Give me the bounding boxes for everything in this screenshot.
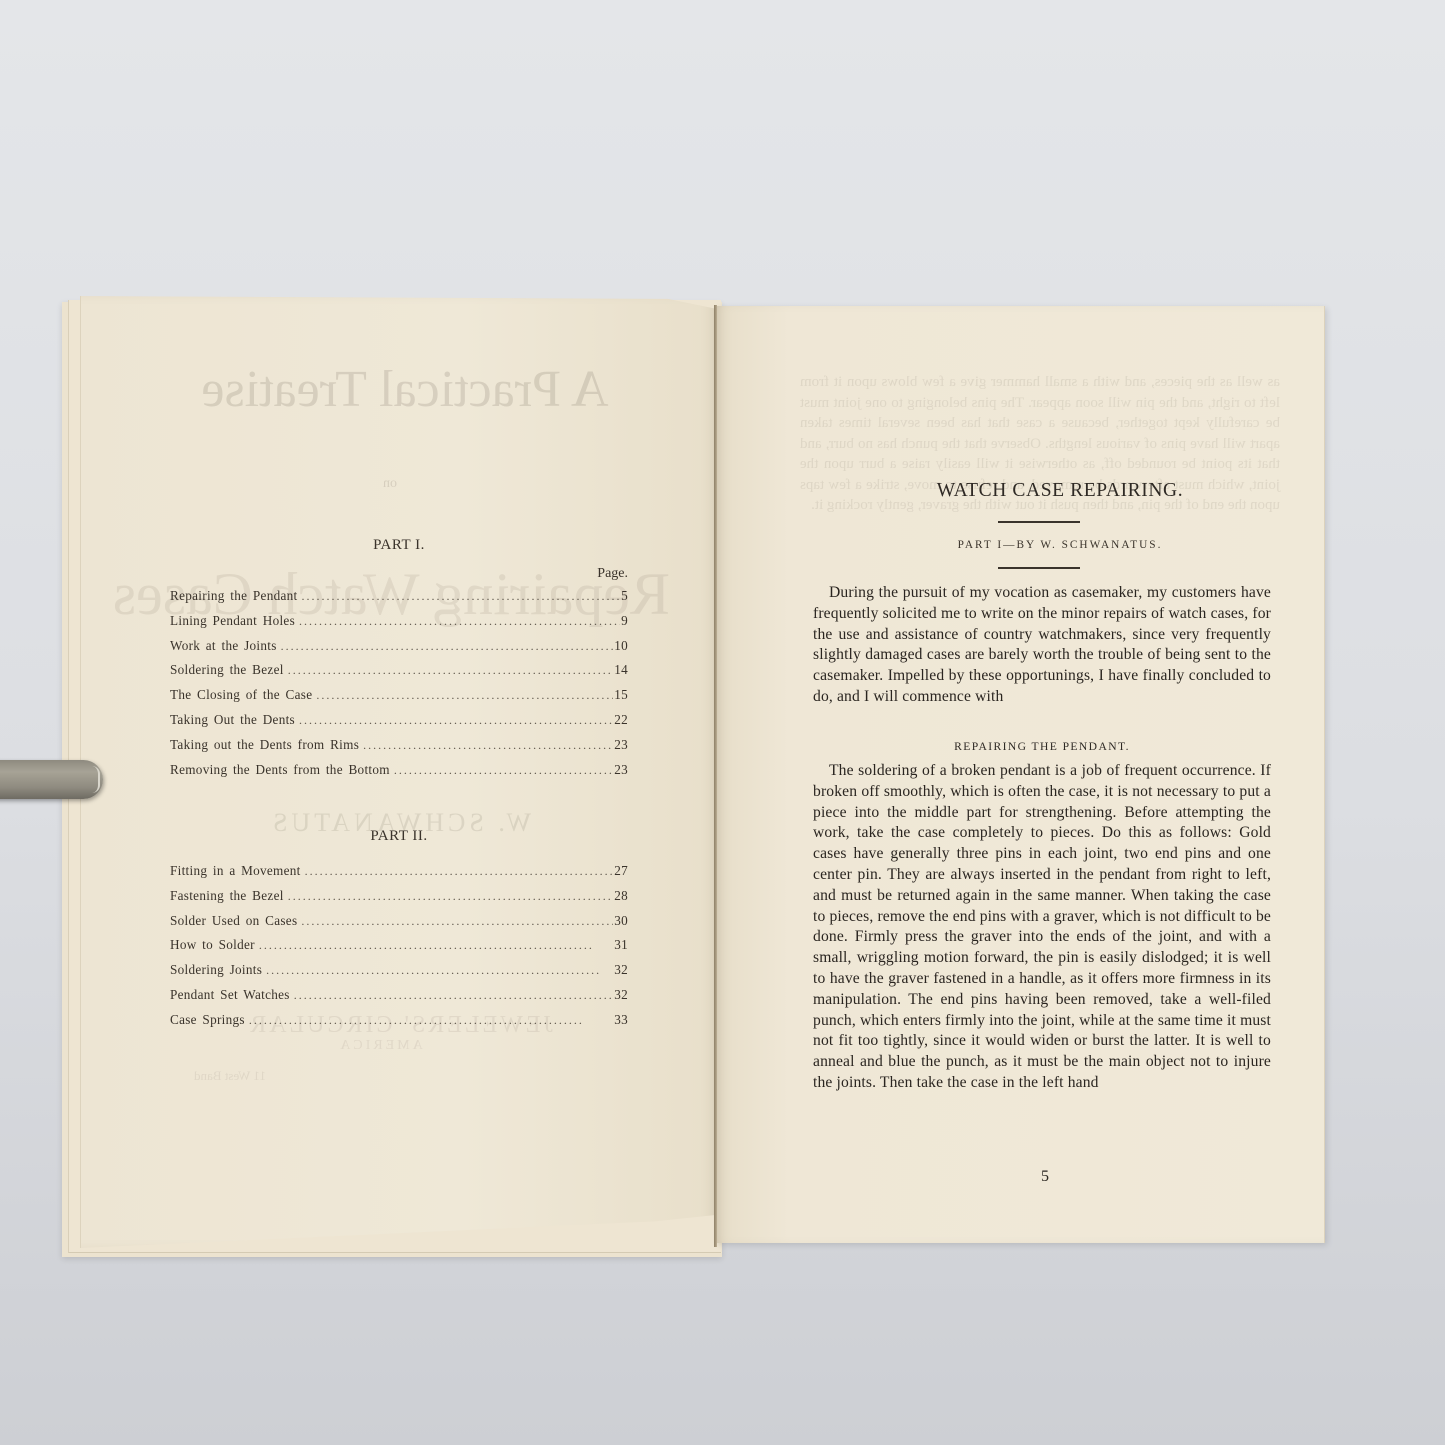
- show-through-on: on: [360, 476, 420, 492]
- toc-part-2: PART II. Fitting in a Movement 27 Fasten…: [170, 828, 628, 1037]
- toc-entry-soldering-the-bezel[interactable]: Soldering the Bezel 14: [170, 662, 628, 687]
- toc-entry-page: 31: [613, 937, 628, 953]
- dot-leader: [305, 864, 614, 879]
- dot-leader: [259, 938, 613, 953]
- dot-leader: [363, 738, 613, 753]
- toc-entry-page: 15: [613, 687, 628, 703]
- dot-leader: [299, 713, 613, 728]
- toc-part-1-heading: PART I.: [170, 537, 628, 554]
- toc-entry-dents-from-bottom[interactable]: Removing the Dents from the Bottom 23: [170, 762, 628, 787]
- toc-entry-page: 30: [613, 913, 628, 929]
- section-heading: REPAIRING THE PENDANT.: [813, 740, 1271, 753]
- toc-entry-title: Taking out the Dents from Rims: [170, 737, 363, 753]
- butter-knife-handle: [0, 760, 103, 799]
- toc-entry-title: Soldering Joints: [170, 962, 266, 978]
- book-gutter: [714, 305, 717, 1247]
- toc-entry-title: Fitting in a Movement: [170, 863, 305, 879]
- toc-entry-solder-used-on-cases[interactable]: Solder Used on Cases 30: [170, 913, 628, 938]
- toc-entry-page: 5: [620, 588, 628, 604]
- dot-leader: [249, 1013, 613, 1028]
- toc-part-2-heading: PART II.: [170, 828, 628, 845]
- dot-leader: [266, 963, 613, 978]
- dot-leader: [288, 663, 613, 678]
- section-paragraph: The soldering of a broken pendant is a j…: [813, 761, 1271, 1094]
- toc-entry-title: Case Springs: [170, 1012, 249, 1028]
- dot-leader: [281, 639, 614, 654]
- toc-entry-title: Removing the Dents from the Bottom: [170, 762, 394, 778]
- toc-entry-lining-pendant-holes[interactable]: Lining Pendant Holes 9: [170, 613, 628, 638]
- chapter-title: WATCH CASE REPAIRING.: [820, 480, 1300, 502]
- show-through-publisher-line: AMERICA: [220, 1038, 540, 1054]
- toc-entry-page: 27: [613, 863, 628, 879]
- toc-entry-dents-from-rims[interactable]: Taking out the Dents from Rims 23: [170, 737, 628, 762]
- toc-page-column-label: Page.: [170, 566, 628, 582]
- toc-entry-page: 23: [613, 762, 628, 778]
- toc-entry-page: 22: [613, 712, 628, 728]
- toc-entry-case-springs[interactable]: Case Springs 33: [170, 1012, 628, 1037]
- toc-entry-taking-out-the-dents[interactable]: Taking Out the Dents 22: [170, 712, 628, 737]
- toc-entry-page: 14: [613, 662, 628, 678]
- intro-paragraph: During the pursuit of my vocation as cas…: [813, 583, 1271, 708]
- title-rule-top: [998, 521, 1080, 523]
- toc-entry-title: Soldering the Bezel: [170, 662, 288, 678]
- toc-entry-title: Work at the Joints: [170, 638, 281, 654]
- book-photo-scene: A Practical Treatise on Repairing Watch …: [0, 0, 1445, 1445]
- toc-entry-pendant-set-watches[interactable]: Pendant Set Watches 32: [170, 987, 628, 1012]
- toc-entry-title: The Closing of the Case: [170, 687, 316, 703]
- toc-entry-title: Repairing the Pendant: [170, 588, 302, 604]
- toc-entry-page: 9: [620, 613, 628, 629]
- toc-entry-repairing-the-pendant[interactable]: Repairing the Pendant 5: [170, 588, 628, 613]
- toc-entry-title: Solder Used on Cases: [170, 913, 301, 929]
- toc-entry-how-to-solder[interactable]: How to Solder 31: [170, 937, 628, 962]
- toc-part-1: PART I. Page. Repairing the Pendant 5 Li…: [170, 537, 628, 786]
- toc-entry-page: 33: [613, 1012, 628, 1028]
- toc-entry-page: 32: [613, 987, 628, 1003]
- toc-entry-fitting-in-a-movement[interactable]: Fitting in a Movement 27: [170, 863, 628, 888]
- toc-entry-page: 32: [613, 962, 628, 978]
- chapter-byline: PART I—BY W. SCHWANATUS.: [820, 539, 1300, 551]
- toc-entry-work-at-the-joints[interactable]: Work at the Joints 10: [170, 638, 628, 663]
- dot-leader: [288, 889, 613, 904]
- toc-entry-page: 10: [613, 638, 628, 654]
- show-through-title: A Practical Treatise: [170, 360, 640, 419]
- page-number: 5: [1030, 1168, 1060, 1186]
- toc-entry-soldering-joints[interactable]: Soldering Joints 32: [170, 962, 628, 987]
- dot-leader: [299, 614, 620, 629]
- toc-entry-page: 23: [613, 737, 628, 753]
- dot-leader: [394, 763, 613, 778]
- toc-entry-fastening-the-bezel[interactable]: Fastening the Bezel 28: [170, 888, 628, 913]
- toc-entry-title: Pendant Set Watches: [170, 987, 294, 1003]
- toc-entry-title: Taking Out the Dents: [170, 712, 299, 728]
- dot-leader: [301, 914, 613, 929]
- show-through-address: 11 West Band: [160, 1068, 300, 1084]
- toc-entry-title: Lining Pendant Holes: [170, 613, 299, 629]
- title-rule-bottom: [998, 567, 1080, 569]
- toc-entry-title: How to Solder: [170, 937, 259, 953]
- toc-entry-closing-of-the-case[interactable]: The Closing of the Case 15: [170, 687, 628, 712]
- toc-entry-title: Fastening the Bezel: [170, 888, 288, 904]
- dot-leader: [294, 988, 613, 1003]
- dot-leader: [302, 589, 621, 604]
- dot-leader: [316, 688, 613, 703]
- toc-entry-page: 28: [613, 888, 628, 904]
